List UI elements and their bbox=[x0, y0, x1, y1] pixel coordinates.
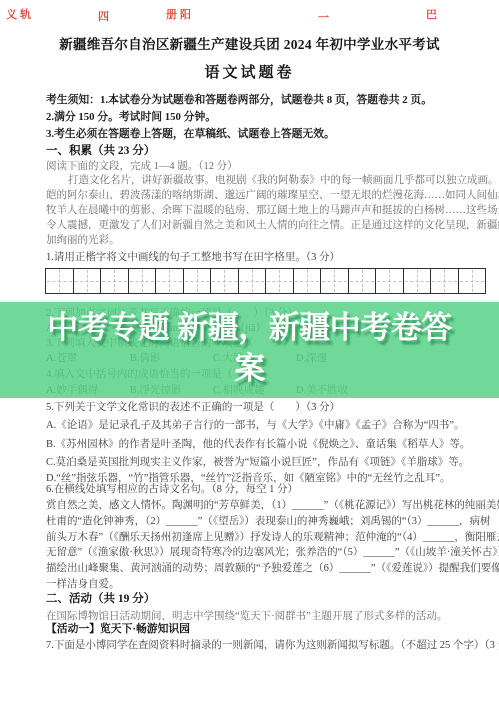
red-seal-mark-icon: 巴 bbox=[426, 6, 437, 22]
passage-line: 打造文化名片，讲好新疆故事。电视剧《我的阿勒泰》中的每一帧画面几乎都可以独立成画… bbox=[68, 174, 499, 188]
exam-title-line2: 语文试题卷 bbox=[0, 66, 499, 80]
question-5-option-b: B.《苏州园林》的作者是叶圣陶，他的代表作有长篇小说《倪焕之》、童话集《稻草人》… bbox=[46, 438, 470, 452]
section1-intro: 阅读下面的文段，完成 1—4 题。（12 分） bbox=[46, 160, 238, 174]
question-5: 5.下列关于文学文化常识的表述不正确的一项是（ ）（3 分） bbox=[46, 401, 340, 415]
tianzige-cell bbox=[376, 269, 404, 293]
tianzige-cell bbox=[46, 269, 74, 293]
candidate-notice-3: 3.考生必须在答题卷上答题，在草稿纸、试题卷上答题无效。 bbox=[46, 127, 335, 141]
tianzige-cell bbox=[101, 269, 129, 293]
tianzige-cell bbox=[431, 269, 459, 293]
candidate-notice-1: 考生须知：1.本试卷分为试题卷和答题卷两部分，试题卷共 8 页，答题卷共 2 页… bbox=[46, 93, 432, 107]
question-6-line: 一样洁身自爱。 bbox=[46, 578, 120, 592]
tianzige-cell bbox=[459, 269, 486, 293]
candidate-notice-2: 2.满分 150 分。考试时间 150 分钟。 bbox=[46, 110, 216, 124]
passage-line: 加绚丽的光彩。 bbox=[46, 234, 120, 248]
tianzige-cell bbox=[129, 269, 157, 293]
section1-heading: 一、积累（共 23 分） bbox=[46, 144, 155, 158]
red-seal-mark-icon: 册 阳 bbox=[166, 6, 191, 22]
tianzige-cell bbox=[404, 269, 432, 293]
watermark-band: 2.下列加点字词注音书写正确的一项是（ ）（3 分） A.皑皑（ái） B.震撼… bbox=[0, 302, 499, 398]
tianzige-writing-grid bbox=[45, 268, 486, 294]
question-6-line: 描绘出山峰聚集、黄河汹涌的动势；周敦颐的“予独爱莲之（6）______”（《爱莲… bbox=[46, 562, 499, 576]
tianzige-cell bbox=[239, 269, 267, 293]
passage-line: 令人震撼，更激发了人们对新疆自然之美和风土人情的向往之情。正是通过这样的文化呈现… bbox=[46, 219, 499, 233]
watermark-text-line1: 中考专题 新疆，新疆中考卷答 bbox=[0, 308, 499, 348]
question-5-option-a: A.《论语》是记录孔子及其弟子言行的一部书，与《大学》《中庸》《孟子》合称为“四… bbox=[46, 419, 465, 433]
tianzige-cell bbox=[321, 269, 349, 293]
question-6: 6.在横线处填写相应的古诗文名句。（8 分，每空 1 分） bbox=[46, 483, 298, 497]
exam-paper-page: 义 轨 四 册 阳 一 巴 新疆维吾尔自治区新疆生产建设兵团 2024 年初中学… bbox=[0, 0, 499, 706]
red-seal-mark-icon: 一 bbox=[318, 9, 329, 25]
red-seal-mark-icon: 四 bbox=[98, 8, 109, 24]
tianzige-cell bbox=[211, 269, 239, 293]
tianzige-cell bbox=[266, 269, 294, 293]
question-7: 7.下面是小博同学在查阅资料时摘录的一则新闻，请你为这则新闻拟写标题。（不超过 … bbox=[46, 639, 499, 653]
question-6-line: 杜甫的“造化钟神秀，（2）______”（《望岳》）表现泰山的神秀巍峨；刘禹锡的… bbox=[46, 515, 490, 529]
exam-title-line1: 新疆维吾尔自治区新疆生产建设兵团 2024 年初中学业水平考试 bbox=[0, 38, 499, 52]
red-seal-mark-icon: 义 轨 bbox=[6, 6, 31, 22]
passage-line: 牧羊人在晨曦中的剪影、余晖下温暖的毡房、那辽阔土地上的马蹄声声和挺拔的白杨树……… bbox=[46, 204, 499, 218]
question-6-line: 前头万木春”（《酬乐天扬州初逢席上见赠》）抒发诗人的乐观精神；范仲淹的“（4）_… bbox=[46, 531, 499, 545]
tianzige-cell bbox=[74, 269, 102, 293]
tianzige-cell bbox=[184, 269, 212, 293]
section2-heading: 二、活动（共 19 分） bbox=[46, 592, 155, 606]
tianzige-cell bbox=[156, 269, 184, 293]
question-1: 1.请用正楷字将文中画线的句子工整地书写在田字格里。（3 分） bbox=[46, 251, 340, 265]
tianzige-cell bbox=[349, 269, 377, 293]
question-5-option-c: C.莫泊桑是英国批判现实主义作家，被誉为“短篇小说巨匠”，作品有《项链》《羊脂球… bbox=[46, 456, 469, 470]
passage-line: 皑的阿尔泰山、碧波荡漾的喀纳斯湖、邈远广阔的璀璨星空、一望无垠的烂漫花海……如同… bbox=[46, 189, 499, 203]
question-6-line: 无留意”（《渔家傲·秋思》）展现奇特寒冷的边塞风光；张养浩的“（5）______… bbox=[46, 546, 499, 560]
tianzige-cell bbox=[294, 269, 322, 293]
watermark-text-line2: 案 bbox=[0, 349, 499, 389]
activity1-heading: 【活动一】览天下·畅游知识园 bbox=[46, 622, 190, 636]
question-6-line: 赏自然之美，感文人情怀。陶渊明的“芳草鲜美，（1）______”（《桃花源记》）… bbox=[46, 499, 499, 513]
